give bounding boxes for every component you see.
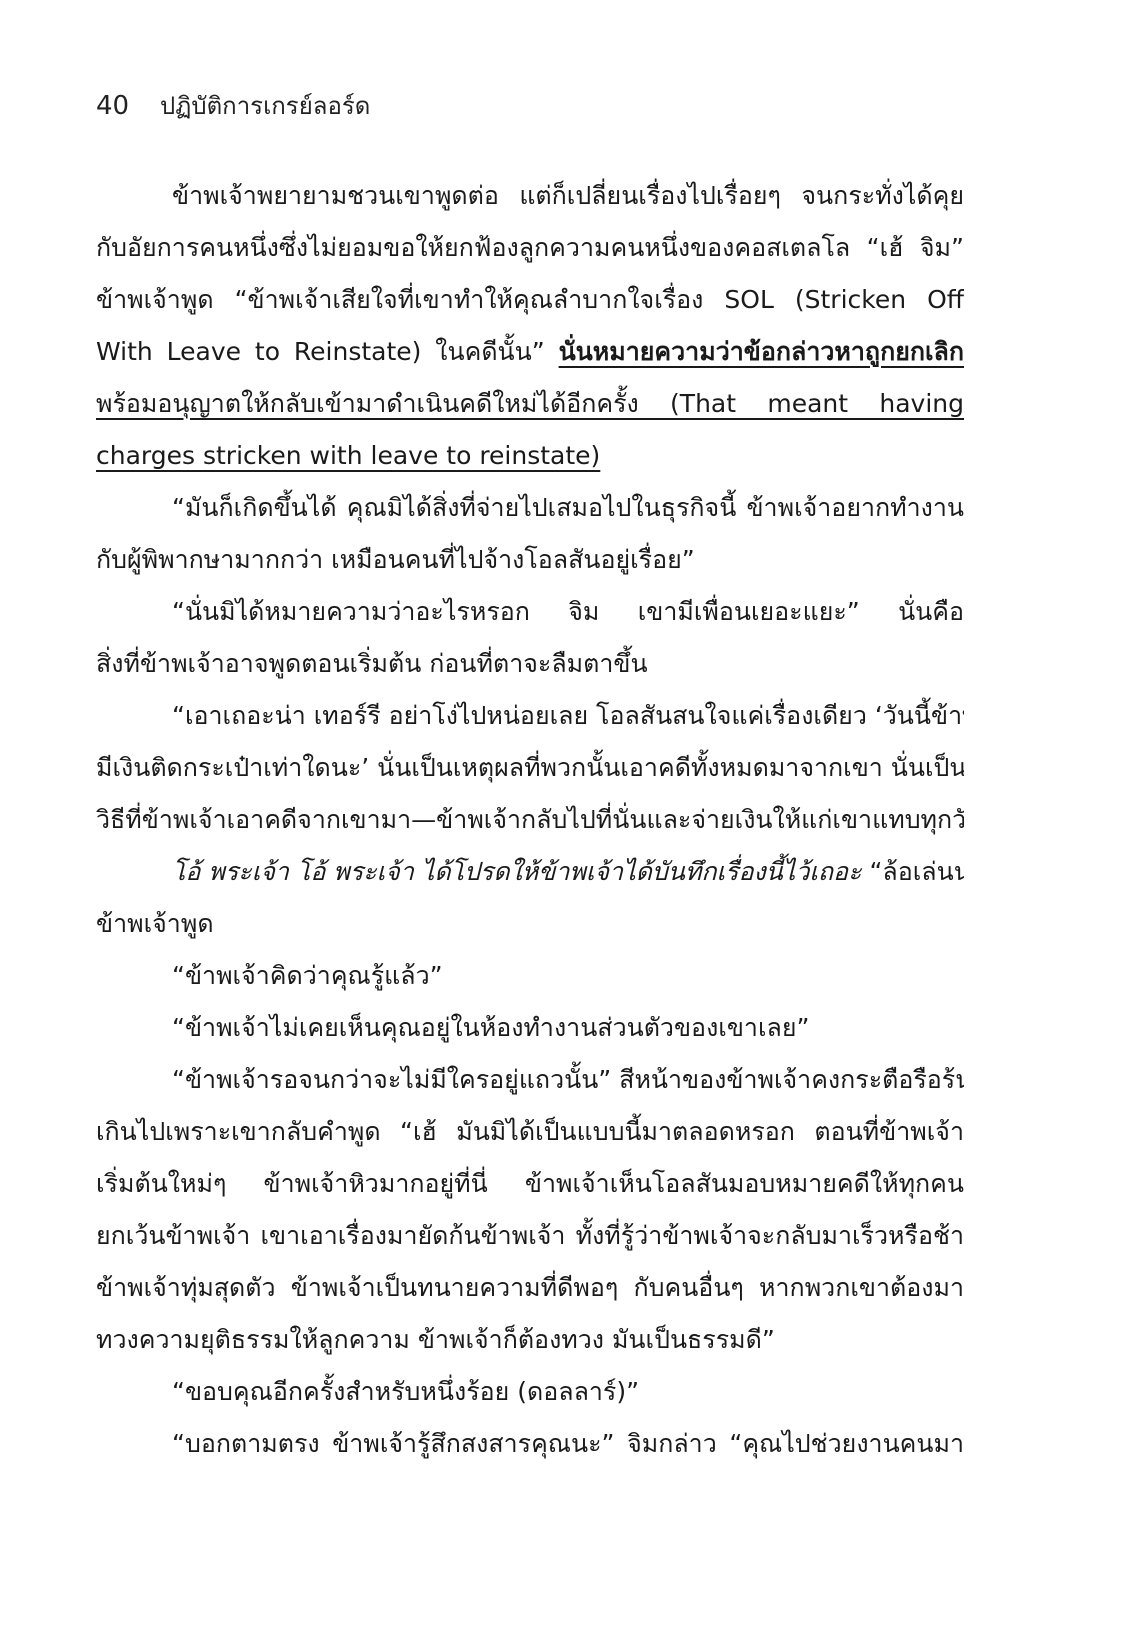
- text-line: พร้อมอนุญาตให้กลับเข้ามาดำเนินคดีใหม่ได้…: [96, 378, 964, 430]
- text-segment: “ขอบคุณอีกครั้งสำหรับหนึ่งร้อย (ดอลลาร์)…: [172, 1377, 639, 1406]
- text-line: เกินไปเพราะเขากลับคำพูด “เฮ้ มันมิได้เป็…: [96, 1106, 964, 1158]
- running-title: ปฏิบัติการเกรย์ลอร์ด: [160, 86, 370, 125]
- text-line: ข้าพเจ้าพูด “ข้าพเจ้าเสียใจที่เขาทำให้คุ…: [96, 274, 964, 326]
- text-line: “ข้าพเจ้ารอจนกว่าจะไม่มีใครอยู่แถวนั้น” …: [96, 1054, 964, 1106]
- text-line: charges stricken with leave to reinstate…: [96, 430, 964, 482]
- text-segment: โอ้ พระเจ้า โอ้ พระเจ้า ได้โปรดให้ข้าพเจ…: [172, 857, 862, 886]
- text-segment: With Leave to Reinstate) ในคดีนั้น”: [96, 337, 559, 366]
- text-segment: charges stricken with leave to reinstate…: [96, 441, 600, 470]
- text-segment: “ข้าพเจ้าไม่เคยเห็นคุณอยู่ในห้องทำงานส่ว…: [172, 1013, 809, 1042]
- text-segment: วิธีที่ข้าพเจ้าเอาคดีจากเขามา—ข้าพเจ้ากล…: [96, 805, 964, 834]
- text-line: “ขอบคุณอีกครั้งสำหรับหนึ่งร้อย (ดอลลาร์)…: [96, 1366, 964, 1418]
- text-line: สิ่งที่ข้าพเจ้าอาจพูดตอนเริ่มต้น ก่อนที่…: [96, 638, 964, 690]
- running-header: 40 ปฏิบัติการเกรย์ลอร์ด: [96, 86, 370, 125]
- body-text: ข้าพเจ้าพยายามชวนเขาพูดต่อ แต่ก็เปลี่ยนเ…: [96, 170, 964, 1470]
- text-line: มีเงินติดกระเป๋าเท่าใดนะ’ นั่นเป็นเหตุผล…: [96, 742, 964, 794]
- text-line: ทวงความยุติธรรมให้ลูกความ ข้าพเจ้าก็ต้อง…: [96, 1314, 964, 1366]
- text-line: “บอกตามตรง ข้าพเจ้ารู้สึกสงสารคุณนะ” จิม…: [96, 1418, 964, 1470]
- text-segment: ยกเว้นข้าพเจ้า เขาเอาเรื่องมายัดก้นข้าพเ…: [96, 1221, 964, 1250]
- text-segment: กับอัยการคนหนึ่งซึ่งไม่ยอมขอให้ยกฟ้องลูก…: [96, 233, 964, 262]
- text-segment: “เอาเถอะน่า เทอร์รี อย่าโง่ไปหน่อยเลย โอ…: [172, 701, 964, 730]
- text-line: ยกเว้นข้าพเจ้า เขาเอาเรื่องมายัดก้นข้าพเ…: [96, 1210, 964, 1262]
- text-line: “นั่นมิได้หมายความว่าอะไรหรอก จิม เขามีเ…: [96, 586, 964, 638]
- text-segment: สิ่งที่ข้าพเจ้าอาจพูดตอนเริ่มต้น ก่อนที่…: [96, 649, 648, 678]
- text-line: วิธีที่ข้าพเจ้าเอาคดีจากเขามา—ข้าพเจ้ากล…: [96, 794, 964, 846]
- text-segment: “มันก็เกิดขึ้นได้ คุณมิได้สิ่งที่จ่ายไปเ…: [172, 493, 964, 522]
- text-line: ข้าพเจ้าพูด: [96, 898, 964, 950]
- text-line: With Leave to Reinstate) ในคดีนั้น” นั่น…: [96, 326, 964, 378]
- text-segment: ข้าพเจ้าทุ่มสุดตัว ข้าพเจ้าเป็นทนายความท…: [96, 1273, 964, 1302]
- text-segment: เกินไปเพราะเขากลับคำพูด “เฮ้ มันมิได้เป็…: [96, 1117, 964, 1146]
- text-segment: “ล้อเล่นน่า”: [862, 857, 964, 886]
- text-segment: มีเงินติดกระเป๋าเท่าใดนะ’ นั่นเป็นเหตุผล…: [96, 753, 964, 782]
- text-line: “ข้าพเจ้าคิดว่าคุณรู้แล้ว”: [96, 950, 964, 1002]
- text-segment: “นั่นมิได้หมายความว่าอะไรหรอก จิม เขามีเ…: [172, 597, 964, 626]
- text-line: กับผู้พิพากษามากกว่า เหมือนคนที่ไปจ้างโอ…: [96, 534, 964, 586]
- text-line: “เอาเถอะน่า เทอร์รี อย่าโง่ไปหน่อยเลย โอ…: [96, 690, 964, 742]
- text-segment: เริ่มต้นใหม่ๆ ข้าพเจ้าหิวมากอยู่ที่นี่ ข…: [96, 1169, 964, 1198]
- text-line: กับอัยการคนหนึ่งซึ่งไม่ยอมขอให้ยกฟ้องลูก…: [96, 222, 964, 274]
- text-line: เริ่มต้นใหม่ๆ ข้าพเจ้าหิวมากอยู่ที่นี่ ข…: [96, 1158, 964, 1210]
- text-segment: “ข้าพเจ้าคิดว่าคุณรู้แล้ว”: [172, 961, 443, 990]
- text-segment: กับผู้พิพากษามากกว่า เหมือนคนที่ไปจ้างโอ…: [96, 545, 695, 574]
- text-line: ข้าพเจ้าทุ่มสุดตัว ข้าพเจ้าเป็นทนายความท…: [96, 1262, 964, 1314]
- text-segment: “ข้าพเจ้ารอจนกว่าจะไม่มีใครอยู่แถวนั้น” …: [172, 1065, 964, 1094]
- text-segment: “บอกตามตรง ข้าพเจ้ารู้สึกสงสารคุณนะ” จิม…: [172, 1429, 964, 1458]
- text-segment: พร้อมอนุญาตให้กลับเข้ามาดำเนินคดีใหม่ได้…: [96, 389, 964, 418]
- text-segment: ข้าพเจ้าพยายามชวนเขาพูดต่อ แต่ก็เปลี่ยนเ…: [172, 181, 964, 210]
- text-segment: ข้าพเจ้าพูด “ข้าพเจ้าเสียใจที่เขาทำให้คุ…: [96, 285, 964, 314]
- text-line: โอ้ พระเจ้า โอ้ พระเจ้า ได้โปรดให้ข้าพเจ…: [96, 846, 964, 898]
- text-segment: ทวงความยุติธรรมให้ลูกความ ข้าพเจ้าก็ต้อง…: [96, 1325, 775, 1354]
- text-line: ข้าพเจ้าพยายามชวนเขาพูดต่อ แต่ก็เปลี่ยนเ…: [96, 170, 964, 222]
- text-line: “ข้าพเจ้าไม่เคยเห็นคุณอยู่ในห้องทำงานส่ว…: [96, 1002, 964, 1054]
- text-segment: นั่นหมายความว่าข้อกล่าวหาถูกยกเลิก: [559, 337, 964, 366]
- text-segment: ข้าพเจ้าพูด: [96, 909, 214, 938]
- text-line: “มันก็เกิดขึ้นได้ คุณมิได้สิ่งที่จ่ายไปเ…: [96, 482, 964, 534]
- page-number: 40: [96, 91, 160, 121]
